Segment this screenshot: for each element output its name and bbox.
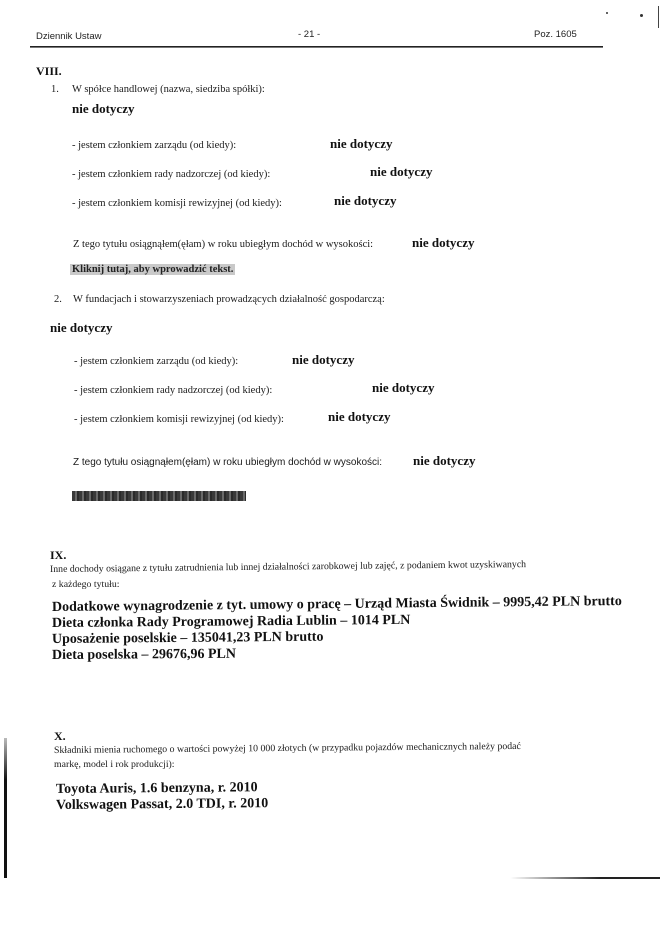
section-x-description-line-2: markę, model i rok produkcji): — [54, 759, 175, 770]
item-2-number: 2. — [54, 294, 62, 305]
item-2-board-value: nie dotyczy — [292, 352, 354, 368]
item-1-income-label: Z tego tytułu osiągnąłem(ęłam) w roku ub… — [73, 239, 373, 250]
item-2-audit-label: - jestem członkiem komisji rewizyjnej (o… — [74, 414, 284, 425]
item-1-supervisory-label: - jestem członkiem rady nadzorczej (od k… — [72, 169, 270, 180]
item-1-supervisory-value: nie dotyczy — [370, 164, 432, 180]
header-page-number: - 21 - — [298, 29, 320, 40]
item-1-income-value: nie dotyczy — [412, 235, 474, 251]
item-2-board-label: - jestem członkiem zarządu (od kiedy): — [74, 356, 238, 367]
section-ix-description-line-2: z każdego tytułu: — [52, 579, 119, 590]
item-1-number: 1. — [51, 84, 59, 95]
scan-edge-mark — [510, 877, 660, 879]
header-journal-name: Dziennik Ustaw — [36, 31, 101, 42]
section-ix-title: IX. — [50, 548, 66, 563]
item-2-label: W fundacjach i stowarzyszeniach prowadzą… — [73, 294, 385, 305]
item-2-income-value: nie dotyczy — [413, 453, 475, 469]
header-rule — [30, 46, 603, 48]
item-2-audit-value: nie dotyczy — [328, 409, 390, 425]
section-viii-title: VIII. — [36, 64, 62, 79]
scan-edge-mark — [4, 738, 7, 878]
text-placeholder-field[interactable]: Kliknij tutaj, aby wprowadzić tekst. — [70, 264, 235, 275]
item-1-audit-value: nie dotyczy — [334, 193, 396, 209]
section-x-description-line-1: Składniki mienia ruchomego o wartości po… — [54, 741, 521, 756]
item-1-label: W spółce handlowej (nazwa, siedziba spół… — [72, 84, 265, 95]
scan-speck — [640, 14, 643, 17]
section-ix-description-line-1: Inne dochody osiągane z tytułu zatrudnie… — [50, 559, 526, 575]
item-2-income-label: Z tego tytułu osiągnąłem(ęłam) w roku ub… — [73, 457, 382, 468]
scan-edge-mark — [658, 6, 659, 28]
item-1-board-label: - jestem członkiem zarządu (od kiedy): — [72, 140, 236, 151]
income-entry: Dieta poselska – 29676,96 PLN — [52, 646, 236, 664]
item-2-supervisory-label: - jestem członkiem rady nadzorczej (od k… — [74, 385, 272, 396]
item-2-supervisory-value: nie dotyczy — [372, 380, 434, 396]
redacted-placeholder — [72, 491, 246, 501]
section-x-title: X. — [54, 729, 66, 744]
movable-property-entry: Volkswagen Passat, 2.0 TDI, r. 2010 — [56, 795, 268, 814]
item-1-audit-label: - jestem członkiem komisji rewizyjnej (o… — [72, 198, 282, 209]
header-position: Poz. 1605 — [534, 29, 577, 40]
item-1-value: nie dotyczy — [72, 101, 134, 117]
scan-speck — [606, 12, 608, 14]
item-2-value: nie dotyczy — [50, 320, 112, 336]
item-1-board-value: nie dotyczy — [330, 136, 392, 152]
